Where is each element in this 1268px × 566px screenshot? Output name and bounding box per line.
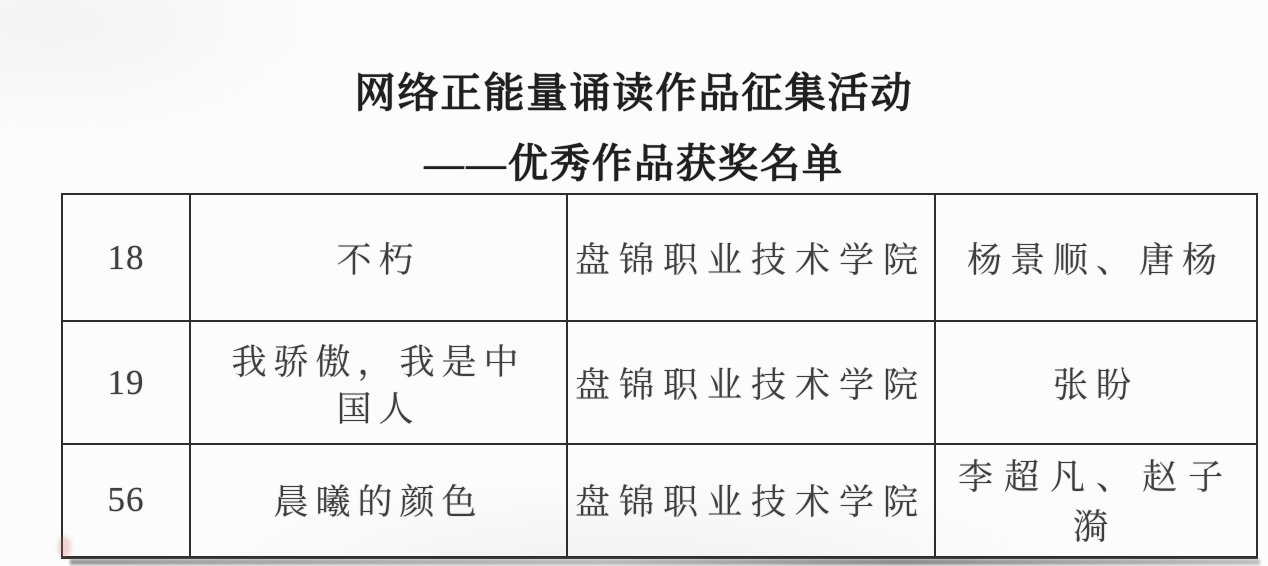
cell-institution: 盘锦职业技术学院	[567, 321, 935, 444]
cell-institution: 盘锦职业技术学院	[567, 444, 935, 557]
cell-entry-number: 56	[62, 444, 190, 557]
cell-entry-number: 18	[62, 194, 190, 321]
cell-work-title: 我骄傲，我是中国人	[190, 321, 567, 444]
page-title: 网络正能量诵读作品征集活动	[0, 72, 1268, 115]
cell-work-title: 不朽	[190, 194, 567, 321]
table-row: 56 晨曦的颜色 盘锦职业技术学院 李超凡、赵子漪	[62, 444, 1257, 557]
table-row: 18 不朽 盘锦职业技术学院 杨景顺、唐杨	[62, 194, 1257, 321]
cell-authors: 杨景顺、唐杨	[935, 194, 1257, 321]
cell-work-title: 晨曦的颜色	[190, 444, 567, 557]
work-title-text: 我骄傲，我是中国人	[213, 340, 545, 432]
page-cut-shadow	[70, 559, 1260, 565]
cell-authors: 张盼	[935, 321, 1257, 444]
document-header: 网络正能量诵读作品征集活动 ——优秀作品获奖名单	[0, 72, 1268, 185]
page-subtitle: ——优秀作品获奖名单	[0, 143, 1268, 185]
table-row: 19 我骄傲，我是中国人 盘锦职业技术学院 张盼	[62, 321, 1257, 444]
cell-authors: 李超凡、赵子漪	[935, 444, 1257, 557]
scan-artifact	[58, 536, 71, 558]
awards-table: 18 不朽 盘锦职业技术学院 杨景顺、唐杨 19 我骄傲，我是中国人 盘锦职业技…	[61, 193, 1258, 559]
cell-entry-number: 19	[62, 321, 190, 444]
cell-institution: 盘锦职业技术学院	[567, 194, 935, 321]
